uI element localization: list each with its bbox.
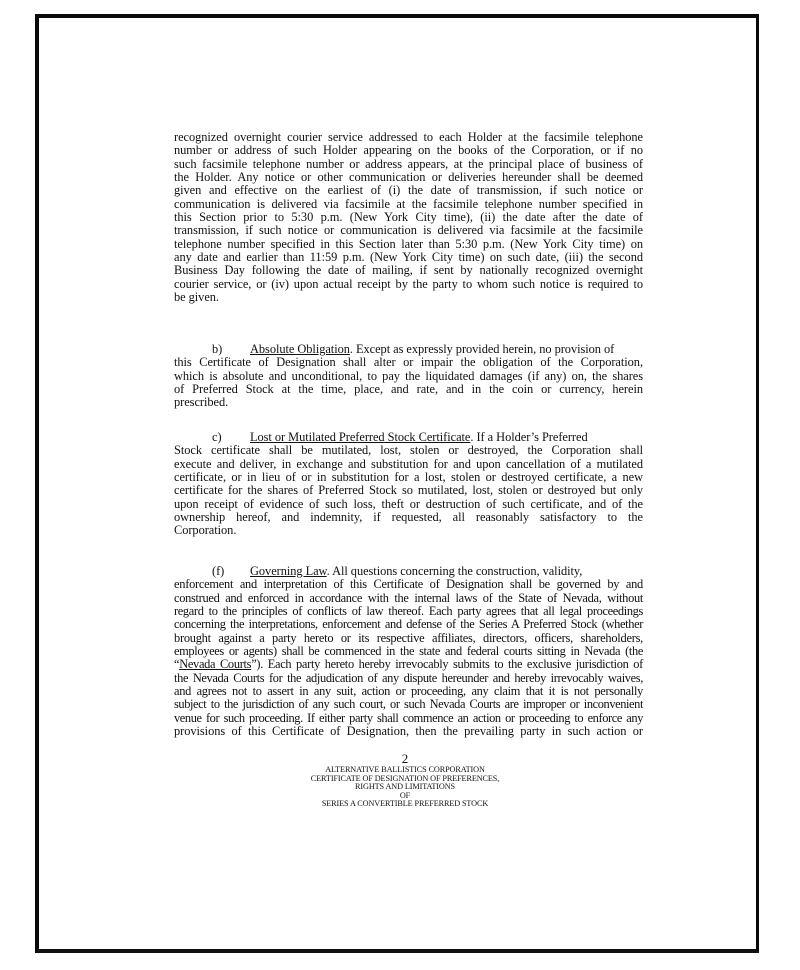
section-label: (f) <box>212 565 250 578</box>
text-line: upon receipt of evidence of such loss, t… <box>174 498 643 511</box>
text-line: communication is delivered via facsimile… <box>174 198 643 211</box>
text-fragment: . All questions concerning the construct… <box>327 564 583 578</box>
page-footer: 2 ALTERNATIVE BALLISTICS CORPORATION CER… <box>0 752 800 809</box>
section-heading-line: b)Absolute Obligation. Except as express… <box>174 343 643 356</box>
section-heading-line: c)Lost or Mutilated Preferred Stock Cert… <box>174 431 643 444</box>
text-line: such facsimile telephone number or addre… <box>174 158 643 171</box>
section-label: b) <box>212 343 250 356</box>
text-line: execute and deliver, in exchange and sub… <box>174 458 643 471</box>
text-line: number or address of such Holder appeari… <box>174 144 643 157</box>
section-label: c) <box>212 431 250 444</box>
section-heading: Lost or Mutilated Preferred Stock Certif… <box>250 430 470 444</box>
text-line: regard to the principles of conflicts of… <box>174 605 643 618</box>
text-line: construed and enforced in accordance wit… <box>174 592 643 605</box>
text-line: certificate for the shares of Preferred … <box>174 484 643 497</box>
text-line: employees or agents) shall be commenced … <box>174 645 643 658</box>
section-heading: Absolute Obligation <box>250 342 350 356</box>
text-line: Corporation. <box>174 524 643 537</box>
text-line: courier service, or (iv) upon actual rec… <box>174 278 643 291</box>
text-fragment: ”). Each party hereto hereby irrevocably… <box>251 657 643 671</box>
footer-line-series: SERIES A CONVERTIBLE PREFERRED STOCK <box>0 800 800 809</box>
text-line: any date and earlier than 11:59 p.m. (Ne… <box>174 251 643 264</box>
text-line: this Certificate of Designation shall al… <box>174 356 643 369</box>
text-line: certificate, or in lieu of or in substit… <box>174 471 643 484</box>
text-line: prescribed. <box>174 396 643 409</box>
text-fragment: . If a Holder’s Preferred <box>470 430 587 444</box>
text-line: of Preferred Stock at the time, place, a… <box>174 383 643 396</box>
text-line: given and effective on the earliest of (… <box>174 184 643 197</box>
text-line: telephone number specified in this Secti… <box>174 238 643 251</box>
section-heading: Governing Law <box>250 564 327 578</box>
text-line: brought against a party hereto or its re… <box>174 632 643 645</box>
text-line: venue for such proceeding. If either par… <box>174 712 643 725</box>
text-line: this Section prior to 5:30 p.m. (New Yor… <box>174 211 643 224</box>
text-line: and agrees not to assert in any suit, ac… <box>174 685 643 698</box>
paragraph-notices-continuation: recognized overnight courier service add… <box>174 131 643 304</box>
text-line: ownership hereof, and indemnity, if requ… <box>174 511 643 524</box>
text-line: enforcement and interpretation of this C… <box>174 578 643 591</box>
text-line: subject to the jurisdiction of any such … <box>174 698 643 711</box>
text-line: the Holder. Any notice or other communic… <box>174 171 643 184</box>
text-line: provisions of this Certificate of Design… <box>174 725 643 738</box>
text-fragment: . Except as expressly provided herein, n… <box>350 342 614 356</box>
section-heading-line: (f)Governing Law. All questions concerni… <box>174 565 643 578</box>
text-line: transmission, if such notice or communic… <box>174 224 643 237</box>
text-line: Stock certificate shall be mutilated, lo… <box>174 444 643 457</box>
text-line: recognized overnight courier service add… <box>174 131 643 144</box>
text-line: the Nevada Courts for the adjudication o… <box>174 672 643 685</box>
text-line: be given. <box>174 291 643 304</box>
paragraph-governing-law: (f)Governing Law. All questions concerni… <box>174 565 643 738</box>
defined-term-nevada-courts: Nevada Courts <box>179 657 251 671</box>
paragraph-lost-certificate: c)Lost or Mutilated Preferred Stock Cert… <box>174 431 643 538</box>
text-line: which is absolute and unconditional, to … <box>174 370 643 383</box>
paragraph-absolute-obligation: b)Absolute Obligation. Except as express… <box>174 343 643 410</box>
text-line: concerning the interpretations, enforcem… <box>174 618 643 631</box>
text-line: Business Day following the date of maili… <box>174 264 643 277</box>
defined-term-line: “Nevada Courts”). Each party hereto here… <box>174 658 643 671</box>
page-number: 2 <box>0 752 800 766</box>
